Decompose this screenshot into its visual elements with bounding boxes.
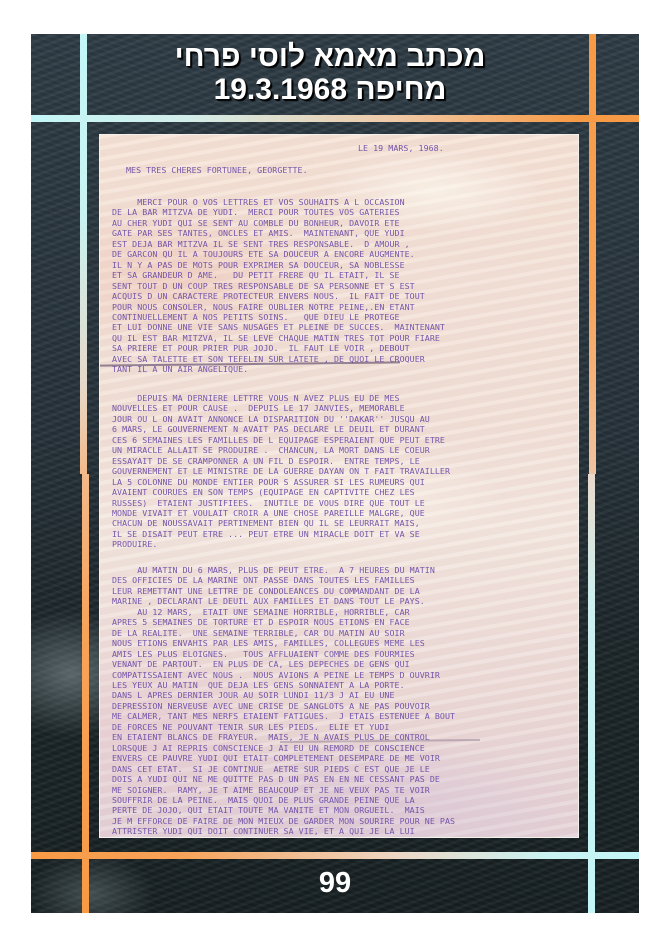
letter-line: AVAIENT COURUES EN SON TEMPS (EQUIPAGE E…: [112, 487, 450, 497]
letter-line: SOUFFRIR DE LA PEINE. MAIS QUOI DE PLUS …: [112, 795, 455, 805]
letter-line: AU MATIN DU 6 MARS, PLUS DE PEUT ETRE. A…: [112, 565, 455, 575]
letter-line: VENANT DE PARTOUT. EN PLUS DE CA, LES DE…: [112, 659, 455, 669]
letter-line: DES OFFICIES DE LA MARINE ONT PASSE DANS…: [112, 575, 455, 585]
letter-paragraph-1: MERCI POUR O VOS LETTRES ET VOS SOUHAITS…: [112, 197, 445, 375]
frame-line-left-bottom: [82, 474, 89, 913]
letter-salutation: MES TRES CHERES FORTUNEE, GEORGETTE.: [126, 165, 308, 175]
letter-line: RUSSES) ETAIENT JUSTIFIEES. INUTILE DE V…: [112, 498, 450, 508]
letter-line: JOUR OU L ON AVAIT ANNONCE LA DISPARITIO…: [112, 414, 450, 424]
letter-line: JE M EFFORCE DE FAIRE DE MON MIEUX DE GA…: [112, 816, 455, 826]
letter-line: 6 MARS, LE GOUVERNEMENT N AVAIT PAS DECL…: [112, 424, 450, 434]
letter-line: ATTRISTER YUDI QUI DOIT CONTINUER SA VIE…: [112, 826, 455, 836]
letter-line: ME CALMER, TANT MES NERFS ETAIENT FATIGU…: [112, 711, 455, 721]
letter-line: ACQUIS D UN CARACTERE PROTECTEUR ENVERS …: [112, 291, 445, 301]
letter-line: SOUHAITE SANS NUAGES.: [112, 837, 455, 838]
frame-line-right-bottom: [588, 474, 595, 913]
letter-line: CONTINUELLEMENT A NOS PETITS SOINS. QUE …: [112, 312, 445, 322]
letter-line: MONDE VIVAIT ET VOULAIT CROIR A UNE CHOS…: [112, 508, 450, 518]
letter-line: NOUS ETIONS ENVAHIS PAR LES AMIS, FAMILL…: [112, 638, 455, 648]
scanned-letter-image: LE 19 MARS, 1968. MES TRES CHERES FORTUN…: [99, 134, 579, 838]
letter-line: LES YEUX AU MATIN QUE DEJA LES GENS SONN…: [112, 680, 455, 690]
letter-line: SA PRIERE ET POUR PRIER PUR JOJO. IL FAU…: [112, 343, 445, 353]
letter-line: APRES 5 SEMAINES DE TORTURE ET D ESPOIR …: [112, 617, 455, 627]
letter-line: ET LUI DONNE UNE VIE SANS NUSAGES ET PLE…: [112, 322, 445, 332]
letter-line: AU 12 MARS, ETAIT UNE SEMAINE HORRIBLE, …: [112, 607, 455, 617]
letter-line: LA 5 COLONNE DU MONDE ENTIER POUR S ASSU…: [112, 477, 450, 487]
letter-line: DE FORCES NE POUVANT TENIR SUR LES PIEDS…: [112, 722, 455, 732]
letter-line: AU CHER YUDI QUI SE SENT AU COMBLE DU BO…: [112, 218, 445, 228]
letter-line: ENVERS CE PAUVRE YUDI QUI ETAIT COMPLETE…: [112, 753, 455, 763]
letter-line: IL SE DISAIT PEUT ETRE ... PEUT ETRE UN …: [112, 529, 450, 539]
letter-line: EST DEJA BAR MITZVA IL SE SENT TRES RESP…: [112, 239, 445, 249]
letter-line: MERCI POUR O VOS LETTRES ET VOS SOUHAITS…: [112, 197, 445, 207]
letter-line: GOUVERNEMENT ET LE MINISTRE DE LA GUERRE…: [112, 466, 450, 476]
frame-line-right-top: [589, 34, 596, 474]
page-number: 99: [0, 865, 670, 901]
letter-line: UN MIRACLE ALLAIT SE PRODUIRE . CHANCUN,…: [112, 445, 450, 455]
frame-line-top: [31, 115, 639, 122]
letter-line: DEPRESSION NERVEUSE AVEC UNE CRISE DE SA…: [112, 701, 455, 711]
letter-line: DE LA REALITE. UNE SEMAINE TERRIBLE, CAR…: [112, 628, 455, 638]
letter-line: ESSAYAIT DE SE CRAMPONNER A UN FIL D ESP…: [112, 456, 450, 466]
letter-line: DOIS A YUDI QUI NE ME QUITTE PAS D UN PA…: [112, 774, 455, 784]
letter-line: MARINE , DECLARANT LE DEUIL AUX FAMILLES…: [112, 596, 455, 606]
letter-line: ME SOIGNER. RAMY, JE T AIME BEAUCOUP ET …: [112, 785, 455, 795]
letter-line: ET SA GRANDEUR D AME. DU PETIT FRERE QU …: [112, 270, 445, 280]
letter-paragraph-2: DEPUIS MA DERNIERE LETTRE VOUS N AVEZ PL…: [112, 393, 450, 550]
title-line-2: מחיפה 19.3.1968: [100, 73, 560, 106]
letter-line: NOUVELLES ET POUR CAUSE . DEPUIS LE 17 J…: [112, 403, 450, 413]
typewritten-text: LE 19 MARS, 1968. MES TRES CHERES FORTUN…: [100, 135, 578, 837]
title-line-1: מכתב מאמא לוסי פרחי: [100, 40, 560, 73]
letter-date: LE 19 MARS, 1968.: [358, 143, 444, 153]
letter-line: DE LA BAR MITZVA DE YUDI. MERCI POUR TOU…: [112, 207, 445, 217]
letter-line: IL N Y A PAS DE MOTS POUR EXPRIMER SA DO…: [112, 260, 445, 270]
letter-paragraph-3: AU MATIN DU 6 MARS, PLUS DE PEUT ETRE. A…: [112, 565, 455, 838]
letter-line: DEPUIS MA DERNIERE LETTRE VOUS N AVEZ PL…: [112, 393, 450, 403]
letter-line: POUR NOUS CONSOLER, NOUS FAIRE OUBLIER N…: [112, 302, 445, 312]
frame-line-left-top: [80, 34, 87, 474]
page-title: מכתב מאמא לוסי פרחי מחיפה 19.3.1968: [100, 40, 560, 106]
letter-line: LEUR REMETTANT UNE LETTRE DE CONDOLEANCE…: [112, 586, 455, 596]
letter-line: PERTE DE JOJO, QUI ETAIT TOUTE MA VANITE…: [112, 805, 455, 815]
frame-line-bottom: [31, 852, 639, 859]
letter-line: COMPATISSAIENT AVEC NOUS . NOUS AVIONS A…: [112, 670, 455, 680]
letter-line: CES 6 SEMAINES LES FAMILLES DE L EQUIPAG…: [112, 435, 450, 445]
letter-line: SENT TOUT D UN COUP TRES RESPONSABLE DE …: [112, 281, 445, 291]
letter-line: QU IL EST BAR MITZVA, IL SE LEVE CHAQUE …: [112, 333, 445, 343]
letter-line: DANS CET ETAT. SI JE CONTINUE AETRE SUR …: [112, 764, 455, 774]
letter-line: LORSQUE J AI REPRIS CONSCIENCE J AI EU U…: [112, 743, 455, 753]
letter-line: PRODUIRE.: [112, 539, 450, 549]
letter-line: DANS L APRES DERNIER JOUR AU SOIR LUNDI …: [112, 690, 455, 700]
letter-line: AMIS LES PLUS ELOIGNES. TOUS AFFLUAIENT …: [112, 649, 455, 659]
letter-line: GATE PAR SES TANTES, ONCLES ET AMIS. MAI…: [112, 228, 445, 238]
letter-line: CHACUN DE NOUSSAVAIT PERTINEMENT BIEN QU…: [112, 518, 450, 528]
letter-line: DE GARCON QU IL A TOUJOURS ETE SA DOUCEU…: [112, 249, 445, 259]
